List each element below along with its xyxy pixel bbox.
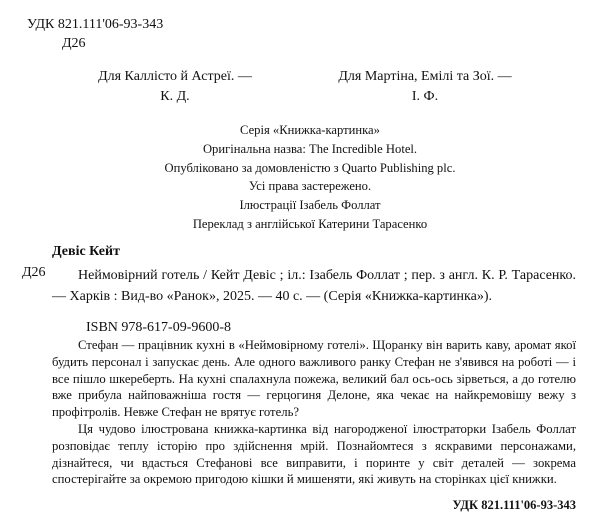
annotation: Стефан — працівник кухні в «Неймовірному…	[52, 337, 576, 488]
dedication-initials: І. Ф.	[310, 87, 540, 107]
series-line: Серія «Книжка-картинка»	[90, 121, 530, 140]
annotation-paragraph: Ця чудово ілюстрована книжка-картинка ві…	[52, 421, 576, 488]
author-index-code: Д26	[62, 36, 86, 52]
license-line: Опубліковано за домовленістю з Quarto Pu…	[90, 159, 530, 178]
illustrator-line: Ілюстрації Ізабель Фоллат	[90, 196, 530, 215]
bibliographic-description: Неймовірний готель / Кейт Девіс ; іл.: І…	[52, 265, 576, 307]
translator-line: Переклад з англійської Катерини Тарасенк…	[90, 215, 530, 234]
isbn: ISBN 978-617-09-9600-8	[86, 320, 231, 336]
dedication-initials: К. Д.	[60, 87, 290, 107]
udk-code: УДК 821.111'06-93-343	[27, 17, 163, 33]
footer-udk-code: УДК 821.111'06-93-343	[453, 498, 577, 513]
dedication-author: Для Каллісто й Астреї. — К. Д.	[60, 67, 290, 107]
original-title-line: Оригінальна назва: The Incredible Hotel.	[90, 140, 530, 159]
rights-line: Усі права застережено.	[90, 177, 530, 196]
publication-info: Серія «Книжка-картинка» Оригінальна назв…	[90, 121, 530, 234]
catalog-index: Д26	[22, 265, 46, 281]
dedication-text: Для Каллісто й Астреї. —	[60, 67, 290, 87]
dedication-text: Для Мартіна, Емілі та Зої. —	[310, 67, 540, 87]
catalog-author: Девіс Кейт	[52, 244, 120, 260]
annotation-paragraph: Стефан — працівник кухні в «Неймовірному…	[52, 337, 576, 421]
dedication-illustrator: Для Мартіна, Емілі та Зої. — І. Ф.	[310, 67, 540, 107]
